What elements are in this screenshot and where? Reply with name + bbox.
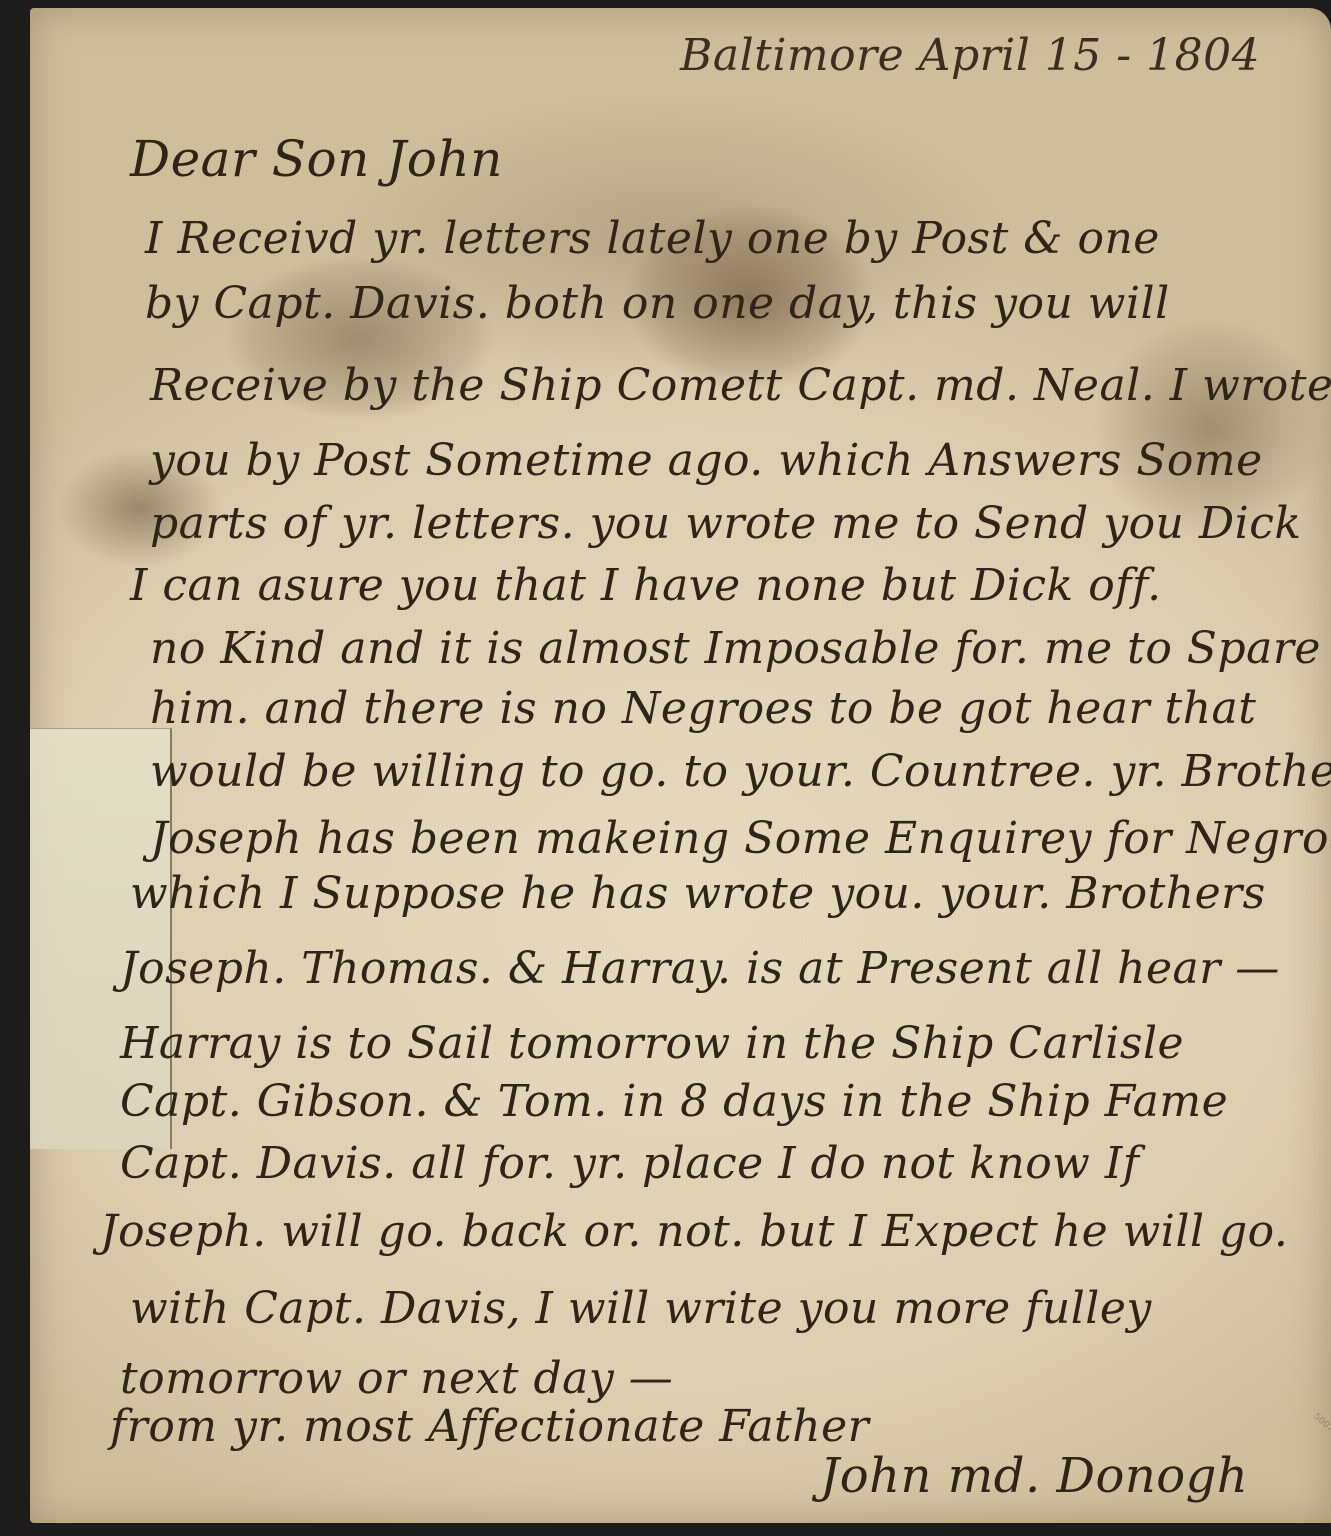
body-line-9: would be willing to go. to your. Countre… [150, 746, 1331, 797]
body-line-1: I Receivd yr. letters lately one by Post… [145, 213, 1160, 264]
salutation: Dear Son John [130, 130, 503, 188]
body-line-16: Joseph. will go. back or. not. but I Exp… [100, 1206, 1288, 1257]
signature: John md. Donogh [820, 1448, 1248, 1504]
margin-mark: 5007 [1311, 1412, 1331, 1434]
dateline: Baltimore April 15 - 1804 [680, 30, 1260, 81]
body-line-14: Capt. Gibson. & Tom. in 8 days in the Sh… [120, 1076, 1228, 1127]
body-line-7: no Kind and it is almost Imposable for. … [150, 623, 1321, 674]
body-line-2: by Capt. Davis. both on one day, this yo… [145, 278, 1170, 329]
body-line-12: Joseph. Thomas. & Harray. is at Present … [120, 943, 1280, 994]
body-line-6: I can asure you that I have none but Dic… [130, 560, 1162, 611]
body-line-13: Harray is to Sail tomorrow in the Ship C… [120, 1018, 1184, 1069]
body-line-17: with Capt. Davis, I will write you more … [130, 1283, 1152, 1334]
letter-page: Baltimore April 15 - 1804 Dear Son John … [30, 8, 1331, 1523]
body-line-11: which I Suppose he has wrote you. your. … [130, 868, 1266, 919]
body-line-15: Capt. Davis. all for. yr. place I do not… [120, 1138, 1140, 1189]
body-line-3: Receive by the Ship Comett Capt. md. Nea… [150, 360, 1331, 411]
body-line-8: him. and there is no Negroes to be got h… [150, 683, 1256, 734]
document-frame: Baltimore April 15 - 1804 Dear Son John … [0, 0, 1331, 1536]
body-line-18: tomorrow or next day — [120, 1353, 673, 1404]
closing-line: from yr. most Affectionate Father [110, 1401, 869, 1452]
body-line-10: Joseph has been makeing Some Enquirey fo… [150, 813, 1331, 864]
body-line-5: parts of yr. letters. you wrote me to Se… [150, 498, 1302, 549]
body-line-4: you by Post Sometime ago. which Answers … [150, 435, 1263, 486]
